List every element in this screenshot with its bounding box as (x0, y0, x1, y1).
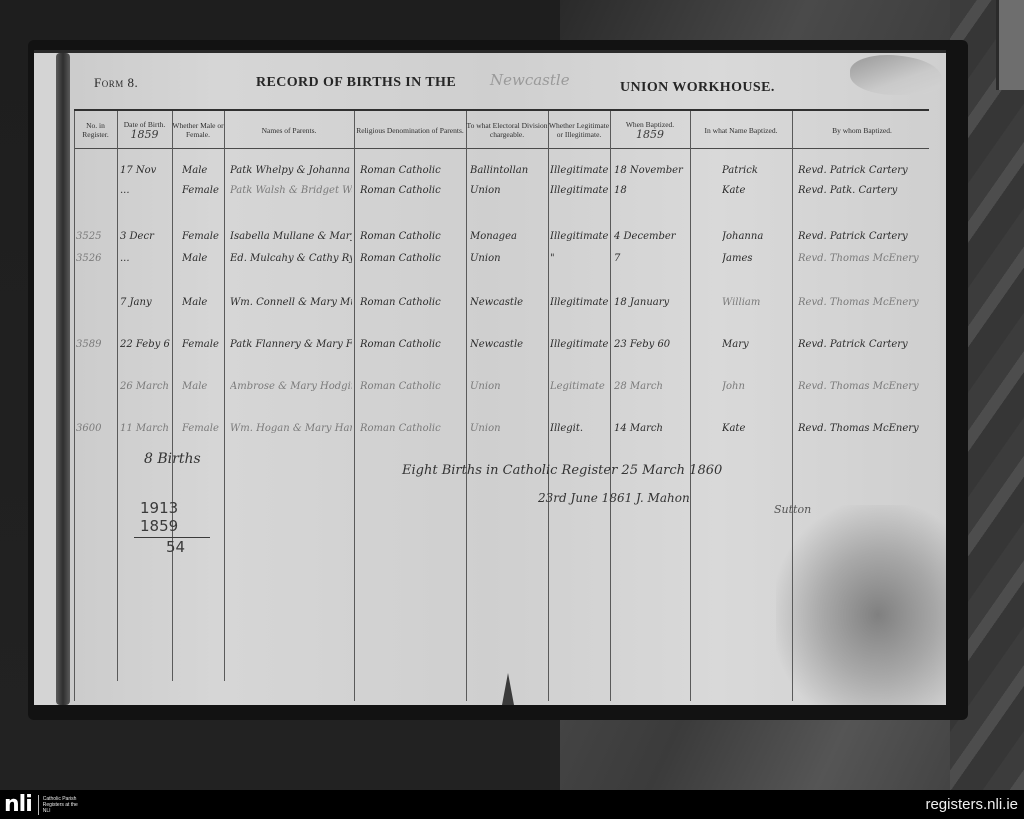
header-bottom-rule (74, 148, 929, 149)
sum-top: 1913 (140, 499, 220, 517)
column-header-baptized-by: By whom Baptized. (792, 113, 932, 147)
form-number: Form 8. (94, 75, 138, 91)
column-header-legitimacy: Whether Legitimate or Illegitimate. (548, 113, 610, 147)
nli-brand[interactable]: nli Catholic Parish Registers at the NLI (0, 790, 83, 819)
water-stain (776, 505, 946, 705)
signature: Sutton (774, 503, 811, 516)
column-header-parents: Names of Parents. (224, 113, 354, 147)
footer-bar: nli Catholic Parish Registers at the NLI… (0, 790, 1024, 819)
column-header-electoral-division: To what Electoral Division chargeable. (466, 113, 548, 147)
book-binding (56, 53, 70, 705)
age-calculation: 1913 1859 54 (140, 499, 220, 556)
register-entry: 3589 22 Feby 60 Female Patk Flannery & M… (34, 339, 946, 359)
certification-line-1: Eight Births in Catholic Register 25 Mar… (402, 463, 722, 478)
logo-divider (38, 795, 39, 815)
column-header-baptized-date: When Baptized. 1859 (610, 113, 690, 147)
page-tear (502, 673, 514, 705)
workhouse-name: Newcastle (490, 71, 570, 89)
site-url-link[interactable]: registers.nli.ie (925, 796, 1024, 813)
sum-bottom: 1859 (140, 517, 220, 535)
header-rule (74, 109, 929, 111)
column-header-religion: Religious Denomination of Parents. (354, 113, 466, 147)
column-header-register-no: No. in Register. (74, 113, 117, 147)
left-margin (34, 53, 56, 705)
sum-result: 54 (140, 538, 220, 556)
register-entry: 17 Nov Male Patk Whelpy & Johanna Roman … (34, 165, 946, 185)
register-entry: 26 March Male Ambrose & Mary Hodgins Rom… (34, 381, 946, 401)
nli-logo: nli (4, 794, 32, 816)
register-entry: 7 Jany Male Wm. Connell & Mary Mundy Rom… (34, 297, 946, 317)
certification-line-2: 23rd June 1861 J. Mahon (538, 491, 690, 505)
footer-tagline: Catholic Parish Registers at the NLI (43, 796, 83, 814)
register-entry: 3525 3 Decr Female Isabella Mullane & Ma… (34, 231, 946, 251)
record-title-suffix: UNION WORKHOUSE. (620, 80, 775, 96)
column-header-date-of-birth: Date of Birth. 1859 (117, 113, 172, 147)
register-entry: ... Female Patk Walsh & Bridget Walsh Ro… (34, 185, 946, 205)
register-page: Form 8. RECORD OF BIRTHS IN THE Newcastl… (34, 50, 946, 705)
register-entry: 3526 ... Male Ed. Mulcahy & Cathy Ryan R… (34, 253, 946, 273)
column-header-sex: Whether Male or Female. (172, 113, 224, 147)
register-entry: 3600 11 March Female Wm. Hogan & Mary Ha… (34, 423, 946, 443)
corner-clip (996, 0, 1024, 90)
birth-year: 1859 (131, 129, 159, 140)
column-header-baptismal-name: In what Name Baptized. (690, 113, 792, 147)
record-title: RECORD OF BIRTHS IN THE (256, 75, 456, 91)
baptism-year: 1859 (636, 129, 664, 140)
births-total-note: 8 Births (144, 451, 201, 467)
page-curl (850, 55, 942, 95)
